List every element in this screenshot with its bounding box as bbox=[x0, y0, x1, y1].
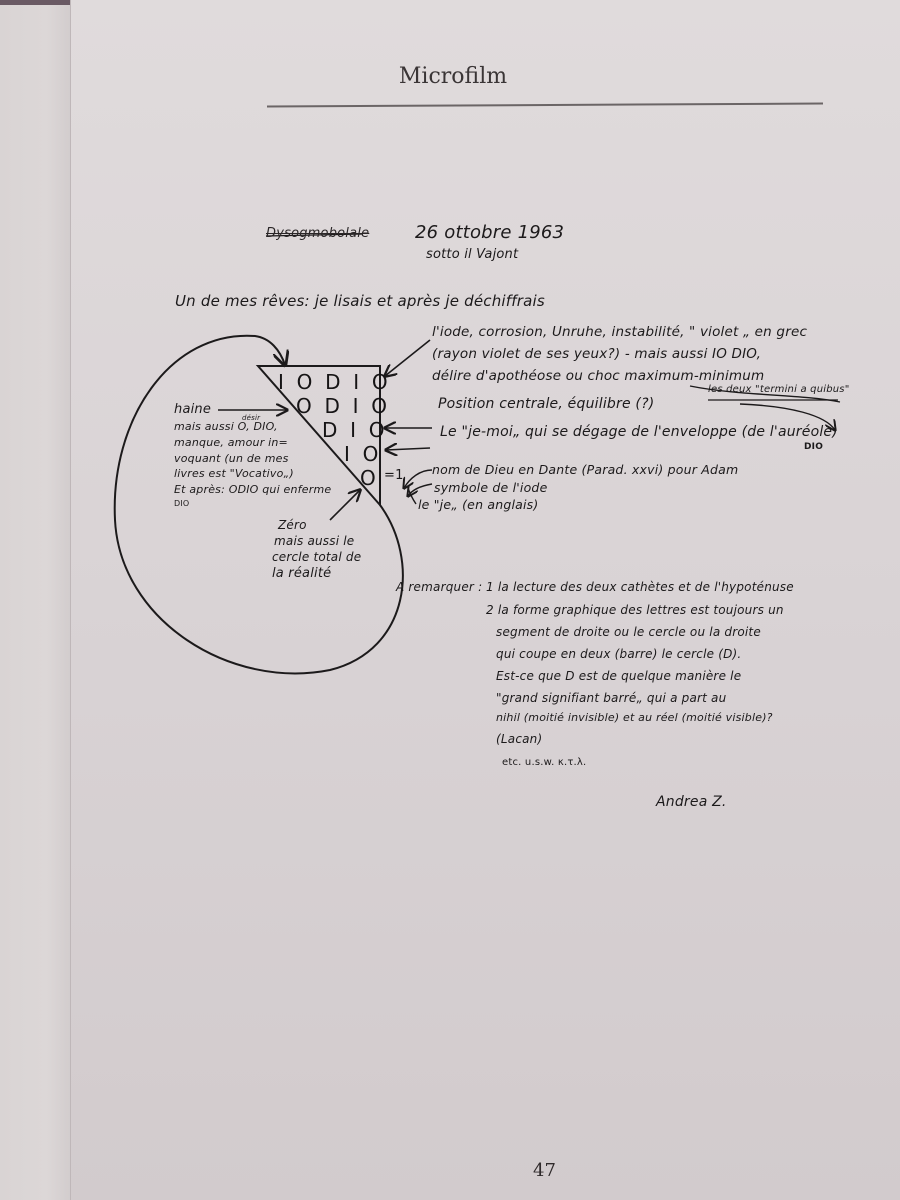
note-left-2: manque, amour in= bbox=[174, 436, 288, 449]
note-iode-1: l'iode, corrosion, Unruhe, instabilité, … bbox=[432, 324, 807, 340]
intro-line: Un de mes rêves: je lisais et après je d… bbox=[175, 292, 545, 310]
note-dio-sub: DIO bbox=[804, 442, 823, 452]
remark-line-8: (Lacan) bbox=[496, 732, 542, 746]
note-left-1: mais aussi O, DIO, bbox=[174, 420, 278, 433]
note-anglais: le "je„ (en anglais) bbox=[418, 497, 538, 512]
note-iode-3: délire d'apothéose ou choc maximum-minim… bbox=[432, 368, 764, 384]
remark-line-4: qui coupe en deux (barre) le cercle (D). bbox=[496, 647, 741, 661]
triangle-row-1: I O D I O bbox=[278, 370, 388, 394]
note-left-4: livres est "Vocativo„) bbox=[174, 467, 294, 480]
note-position: Position centrale, équilibre (?) bbox=[438, 396, 654, 412]
zero-note-4: la réalité bbox=[272, 566, 331, 581]
note-je-moi: Le "je-moi„ qui se dégage de l'enveloppe… bbox=[440, 424, 838, 440]
date: 26 ottobre 1963 bbox=[415, 222, 564, 243]
diagram-drawing bbox=[0, 0, 900, 1200]
remarks-etc: etc. u.s.w. κ.τ.λ. bbox=[502, 757, 586, 768]
remark-line-1: 1 la lecture des deux cathètes et de l'h… bbox=[486, 580, 794, 594]
equals-one: =1 bbox=[384, 468, 404, 483]
note-left-6: DIO bbox=[174, 499, 189, 508]
zero-note-1: Zéro bbox=[278, 518, 307, 532]
triangle-row-5: O bbox=[360, 466, 376, 490]
remark-line-5: Est-ce que D est de quelque manière le bbox=[496, 669, 741, 683]
note-dante: nom de Dieu en Dante (Parad. xxvi) pour … bbox=[432, 462, 738, 477]
signature: Andrea Z. bbox=[656, 794, 727, 810]
triangle-row-3: D I O bbox=[322, 418, 385, 442]
remark-line-3: segment de droite ou le cercle ou la dro… bbox=[496, 625, 761, 639]
note-left-5: Et après: ODIO qui enferme bbox=[174, 483, 331, 496]
remark-line-6: "grand signifiant barré„ qui a part au bbox=[496, 691, 726, 705]
triangle-row-4: I O bbox=[344, 442, 378, 466]
zero-note-2: mais aussi le bbox=[274, 534, 354, 548]
note-haine: haine bbox=[174, 402, 211, 417]
struck-word: Dysogmobolale bbox=[266, 226, 369, 241]
note-termini: les deux "termini a quibus" bbox=[708, 384, 850, 395]
remarks-label: A remarquer : bbox=[396, 580, 482, 594]
note-symbole: symbole de l'iode bbox=[434, 480, 547, 495]
note-iode-2: (rayon violet de ses yeux?) - mais aussi… bbox=[432, 346, 761, 362]
note-left-3: voquant (un de mes bbox=[174, 452, 289, 465]
zero-note-3: cercle total de bbox=[272, 550, 361, 564]
triangle-row-2: O D I O bbox=[296, 394, 387, 418]
place: sotto il Vajont bbox=[426, 247, 518, 262]
remark-line-7: nihil (moitié invisible) et au réel (moi… bbox=[496, 711, 773, 724]
remark-line-2: 2 la forme graphique des lettres est tou… bbox=[486, 603, 784, 617]
